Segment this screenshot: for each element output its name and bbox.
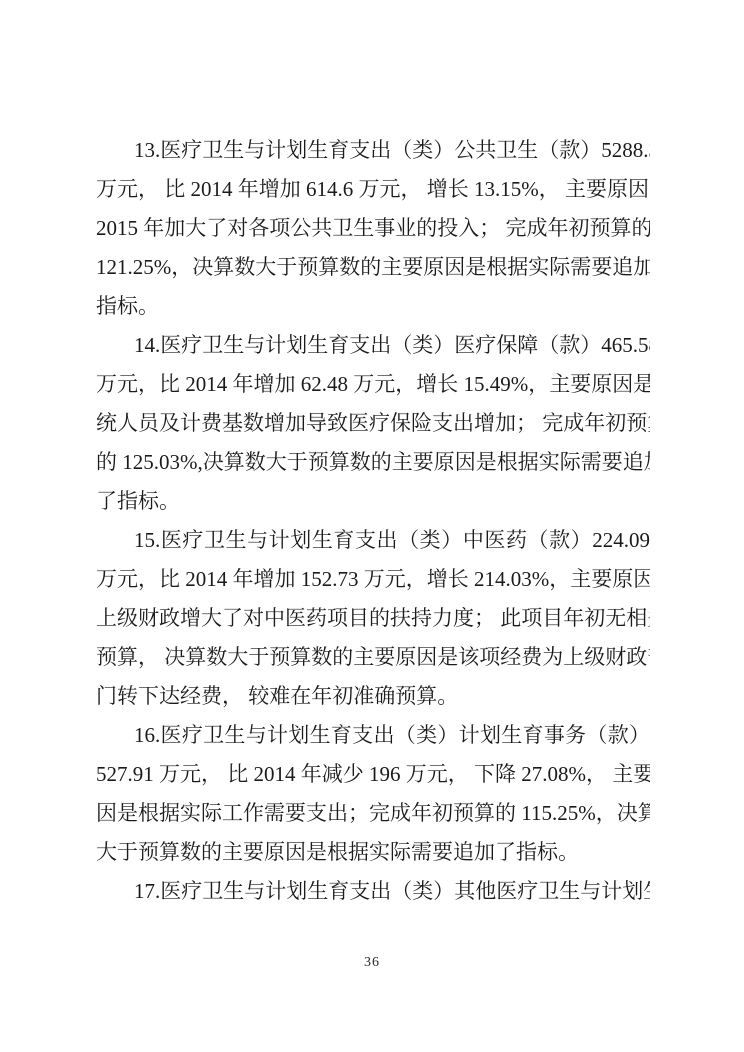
text-line: 万元，比 2014 年增加 62.48 万元，增长 15.49%，主要原因是系 [96,365,650,404]
paragraph-16: 16.医疗卫生与计划生育支出（类）计划生育事务（款） 527.91 万元， 比 … [96,716,650,872]
text-line: 的 125.03%,决算数大于预算数的主要原因是根据实际需要追加 [96,443,650,482]
text-line: 14.医疗卫生与计划生育支出（类）医疗保障（款）465.58 [96,326,650,365]
document-body-text: 13.医疗卫生与计划生育支出（类）公共卫生（款）5288.36 万元， 比 20… [96,131,650,911]
text-line: 527.91 万元， 比 2014 年减少 196 万元， 下降 27.08%，… [96,755,650,794]
text-line: 17.医疗卫生与计划生育支出（类）其他医疗卫生与计划生 [96,872,650,911]
page-number: 36 [364,955,380,970]
text-line: 万元，比 2014 年增加 152.73 万元，增长 214.03%，主要原因是 [96,560,650,599]
text-line: 因是根据实际工作需要支出；完成年初预算的 115.25%，决算数 [96,794,650,833]
text-line: 统人员及计费基数增加导致医疗保险支出增加； 完成年初预算 [96,404,650,443]
paragraph-15: 15.医疗卫生与计划生育支出（类）中医药（款）224.09 万元，比 2014 … [96,521,650,716]
text-line: 大于预算数的主要原因是根据实际需要追加了指标。 [96,833,650,872]
text-line: 指标。 [96,287,650,326]
text-line: 预算， 决算数大于预算数的主要原因是该项经费为上级财政部 [96,638,650,677]
text-line: 15.医疗卫生与计划生育支出（类）中医药（款）224.09 [96,521,650,560]
text-line: 了指标。 [96,482,650,521]
document-page: 13.医疗卫生与计划生育支出（类）公共卫生（款）5288.36 万元， 比 20… [0,0,744,1052]
paragraph-14: 14.医疗卫生与计划生育支出（类）医疗保障（款）465.58 万元，比 2014… [96,326,650,521]
text-line: 13.医疗卫生与计划生育支出（类）公共卫生（款）5288.36 [96,131,650,170]
text-line: 2015 年加大了对各项公共卫生事业的投入； 完成年初预算的 [96,209,650,248]
text-line: 16.医疗卫生与计划生育支出（类）计划生育事务（款） [96,716,650,755]
text-line: 121.25%，决算数大于预算数的主要原因是根据实际需要追加了 [96,248,650,287]
text-line: 万元， 比 2014 年增加 614.6 万元， 增长 13.15%， 主要原因… [96,170,650,209]
text-line: 门转下达经费， 较难在年初准确预算。 [96,677,650,716]
page-footer: 36 [0,953,744,971]
paragraph-17: 17.医疗卫生与计划生育支出（类）其他医疗卫生与计划生 [96,872,650,911]
paragraph-13: 13.医疗卫生与计划生育支出（类）公共卫生（款）5288.36 万元， 比 20… [96,131,650,326]
text-line: 上级财政增大了对中医药项目的扶持力度； 此项目年初无相关 [96,599,650,638]
